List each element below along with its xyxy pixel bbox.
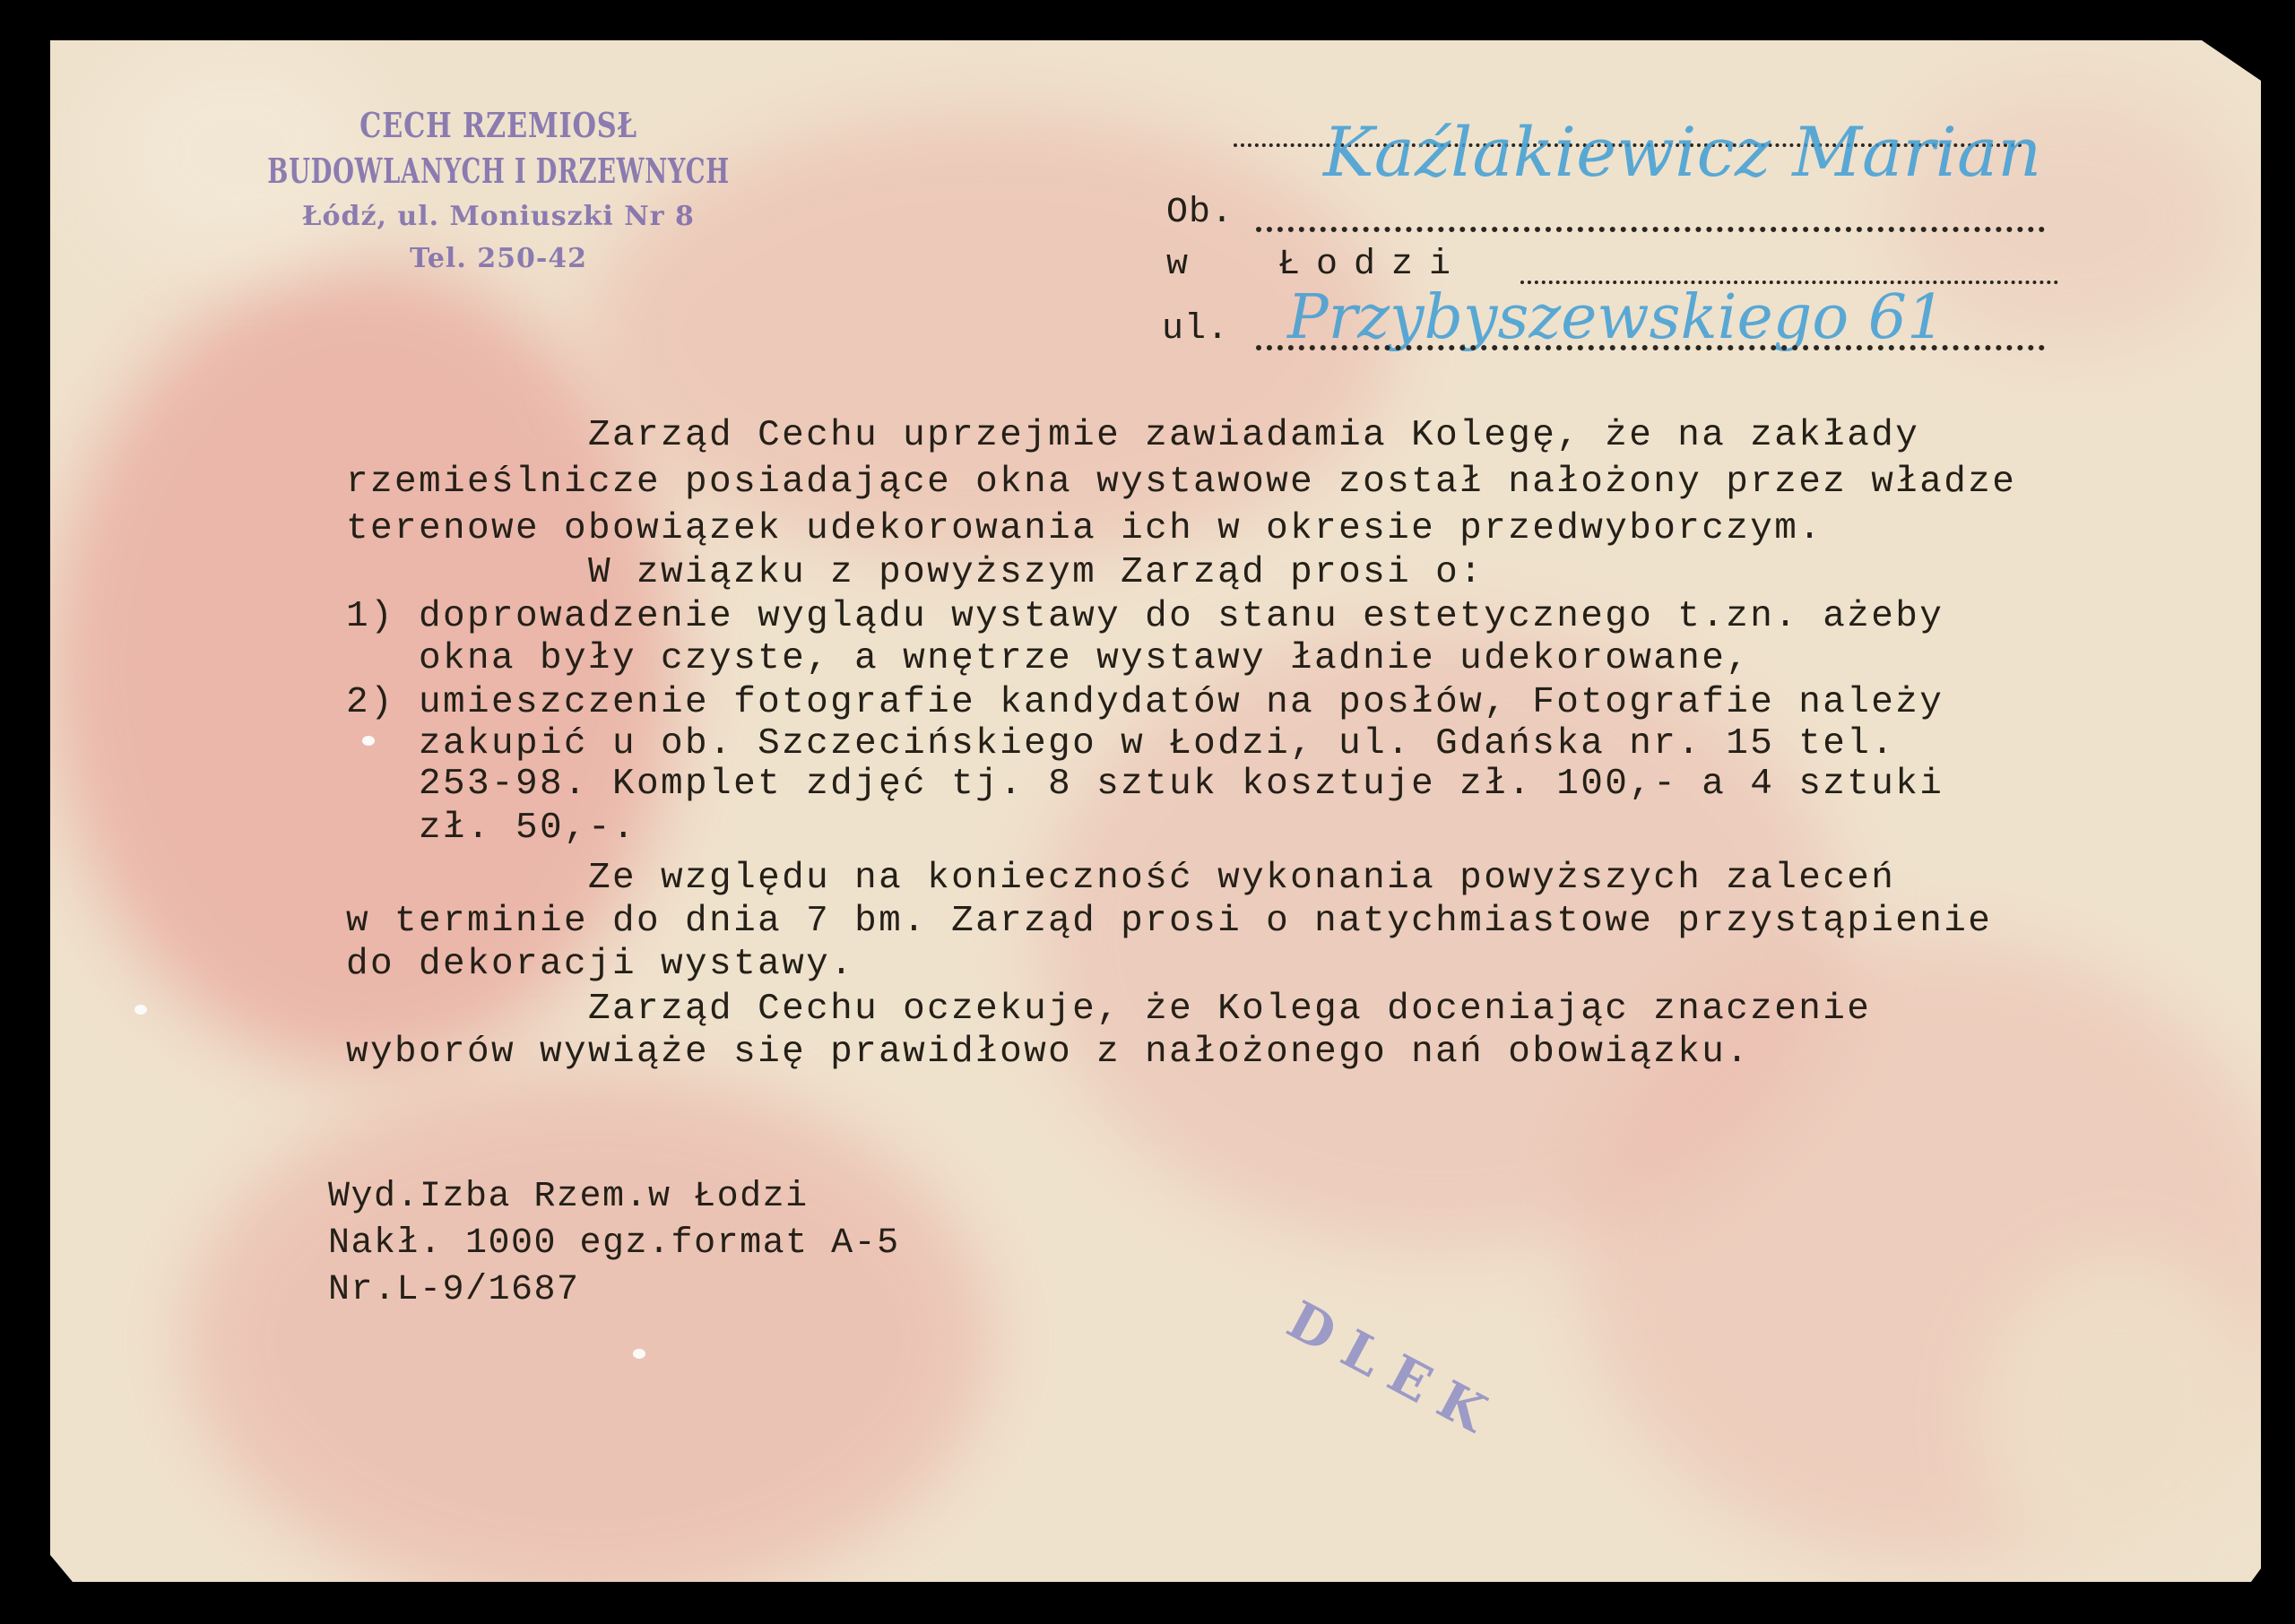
list-item-1: 1) doprowadzenie wyglądu wystawy do stan… xyxy=(346,593,2229,638)
stain xyxy=(185,1071,992,1582)
handwritten-name: Kaźlakiewicz Marian xyxy=(1323,112,2041,192)
stamp-line-4: Tel. 250-42 xyxy=(176,239,821,279)
document-paper: CECH RZEMIOSŁ BUDOWLANYCH I DRZEWNYCH Łó… xyxy=(50,40,2261,1582)
addressee-city-label: w xyxy=(1166,245,1189,285)
dotted-line-name xyxy=(1256,227,2045,232)
body-line: Ze względu na konieczność wykonania powy… xyxy=(346,857,2229,900)
body-line: zakupić u ob. Szczecińskiego w Łodzi, ul… xyxy=(346,724,2229,764)
footer-line-1: Wyd.Izba Rzem.w Łodzi xyxy=(328,1174,900,1221)
addressee-street-label: ul. xyxy=(1162,309,1229,350)
dotted-line-street xyxy=(1256,345,2045,350)
punch-hole xyxy=(633,1349,645,1359)
faint-stamp: DLEK xyxy=(1277,1289,1510,1451)
body-line: 253-98. Komplet zdjęć tj. 8 sztuk kosztu… xyxy=(346,764,2229,805)
punch-hole xyxy=(134,1005,147,1015)
body-line: do dekoracji wystawy. xyxy=(346,943,2229,988)
body-line: zł. 50,-. xyxy=(346,805,2229,857)
body-line: W związku z powyższym Zarząd prosi o: xyxy=(346,552,2229,593)
letter-body: Zarząd Cechu uprzejmie zawiadamia Kolegę… xyxy=(346,412,2229,1074)
addressee-city: Łodzi xyxy=(1278,245,1467,285)
body-line: w terminie do dnia 7 bm. Zarząd prosi o … xyxy=(346,900,2229,943)
body-line: wyborów wywiąże się prawidłowo z nałożon… xyxy=(346,1031,2229,1074)
body-line: rzemieślnicze posiadające okna wystawowe… xyxy=(346,459,2229,505)
body-line: okna były czyste, a wnętrze wystawy ładn… xyxy=(346,638,2229,679)
stain xyxy=(1978,1250,2261,1582)
body-line: Zarząd Cechu oczekuje, że Kolega docenia… xyxy=(346,988,2229,1031)
body-line: Zarząd Cechu uprzejmie zawiadamia Kolegę… xyxy=(346,412,2229,459)
handwritten-street: Przybyszewskiego 61 xyxy=(1287,282,1945,353)
stamp-line-2: BUDOWLANYCH I DRZEWNYCH xyxy=(266,148,731,194)
header-stamp: CECH RZEMIOSŁ BUDOWLANYCH I DRZEWNYCH Łó… xyxy=(176,103,821,279)
print-footer: Wyd.Izba Rzem.w Łodzi Nakł. 1000 egz.for… xyxy=(328,1174,900,1314)
addressee-name-label: Ob. xyxy=(1166,193,1234,233)
list-item-2: 2) umieszczenie fotografie kandydatów na… xyxy=(346,679,2229,724)
body-line: terenowe obowiązek udekorowania ich w ok… xyxy=(346,505,2229,552)
stamp-line-3: Łódź, ul. Moniuszki Nr 8 xyxy=(176,194,821,239)
footer-line-2: Nakł. 1000 egz.format A-5 xyxy=(328,1221,900,1267)
footer-line-3: Nr.L-9/1687 xyxy=(328,1267,900,1314)
stamp-line-1: CECH RZEMIOSŁ xyxy=(240,103,757,148)
